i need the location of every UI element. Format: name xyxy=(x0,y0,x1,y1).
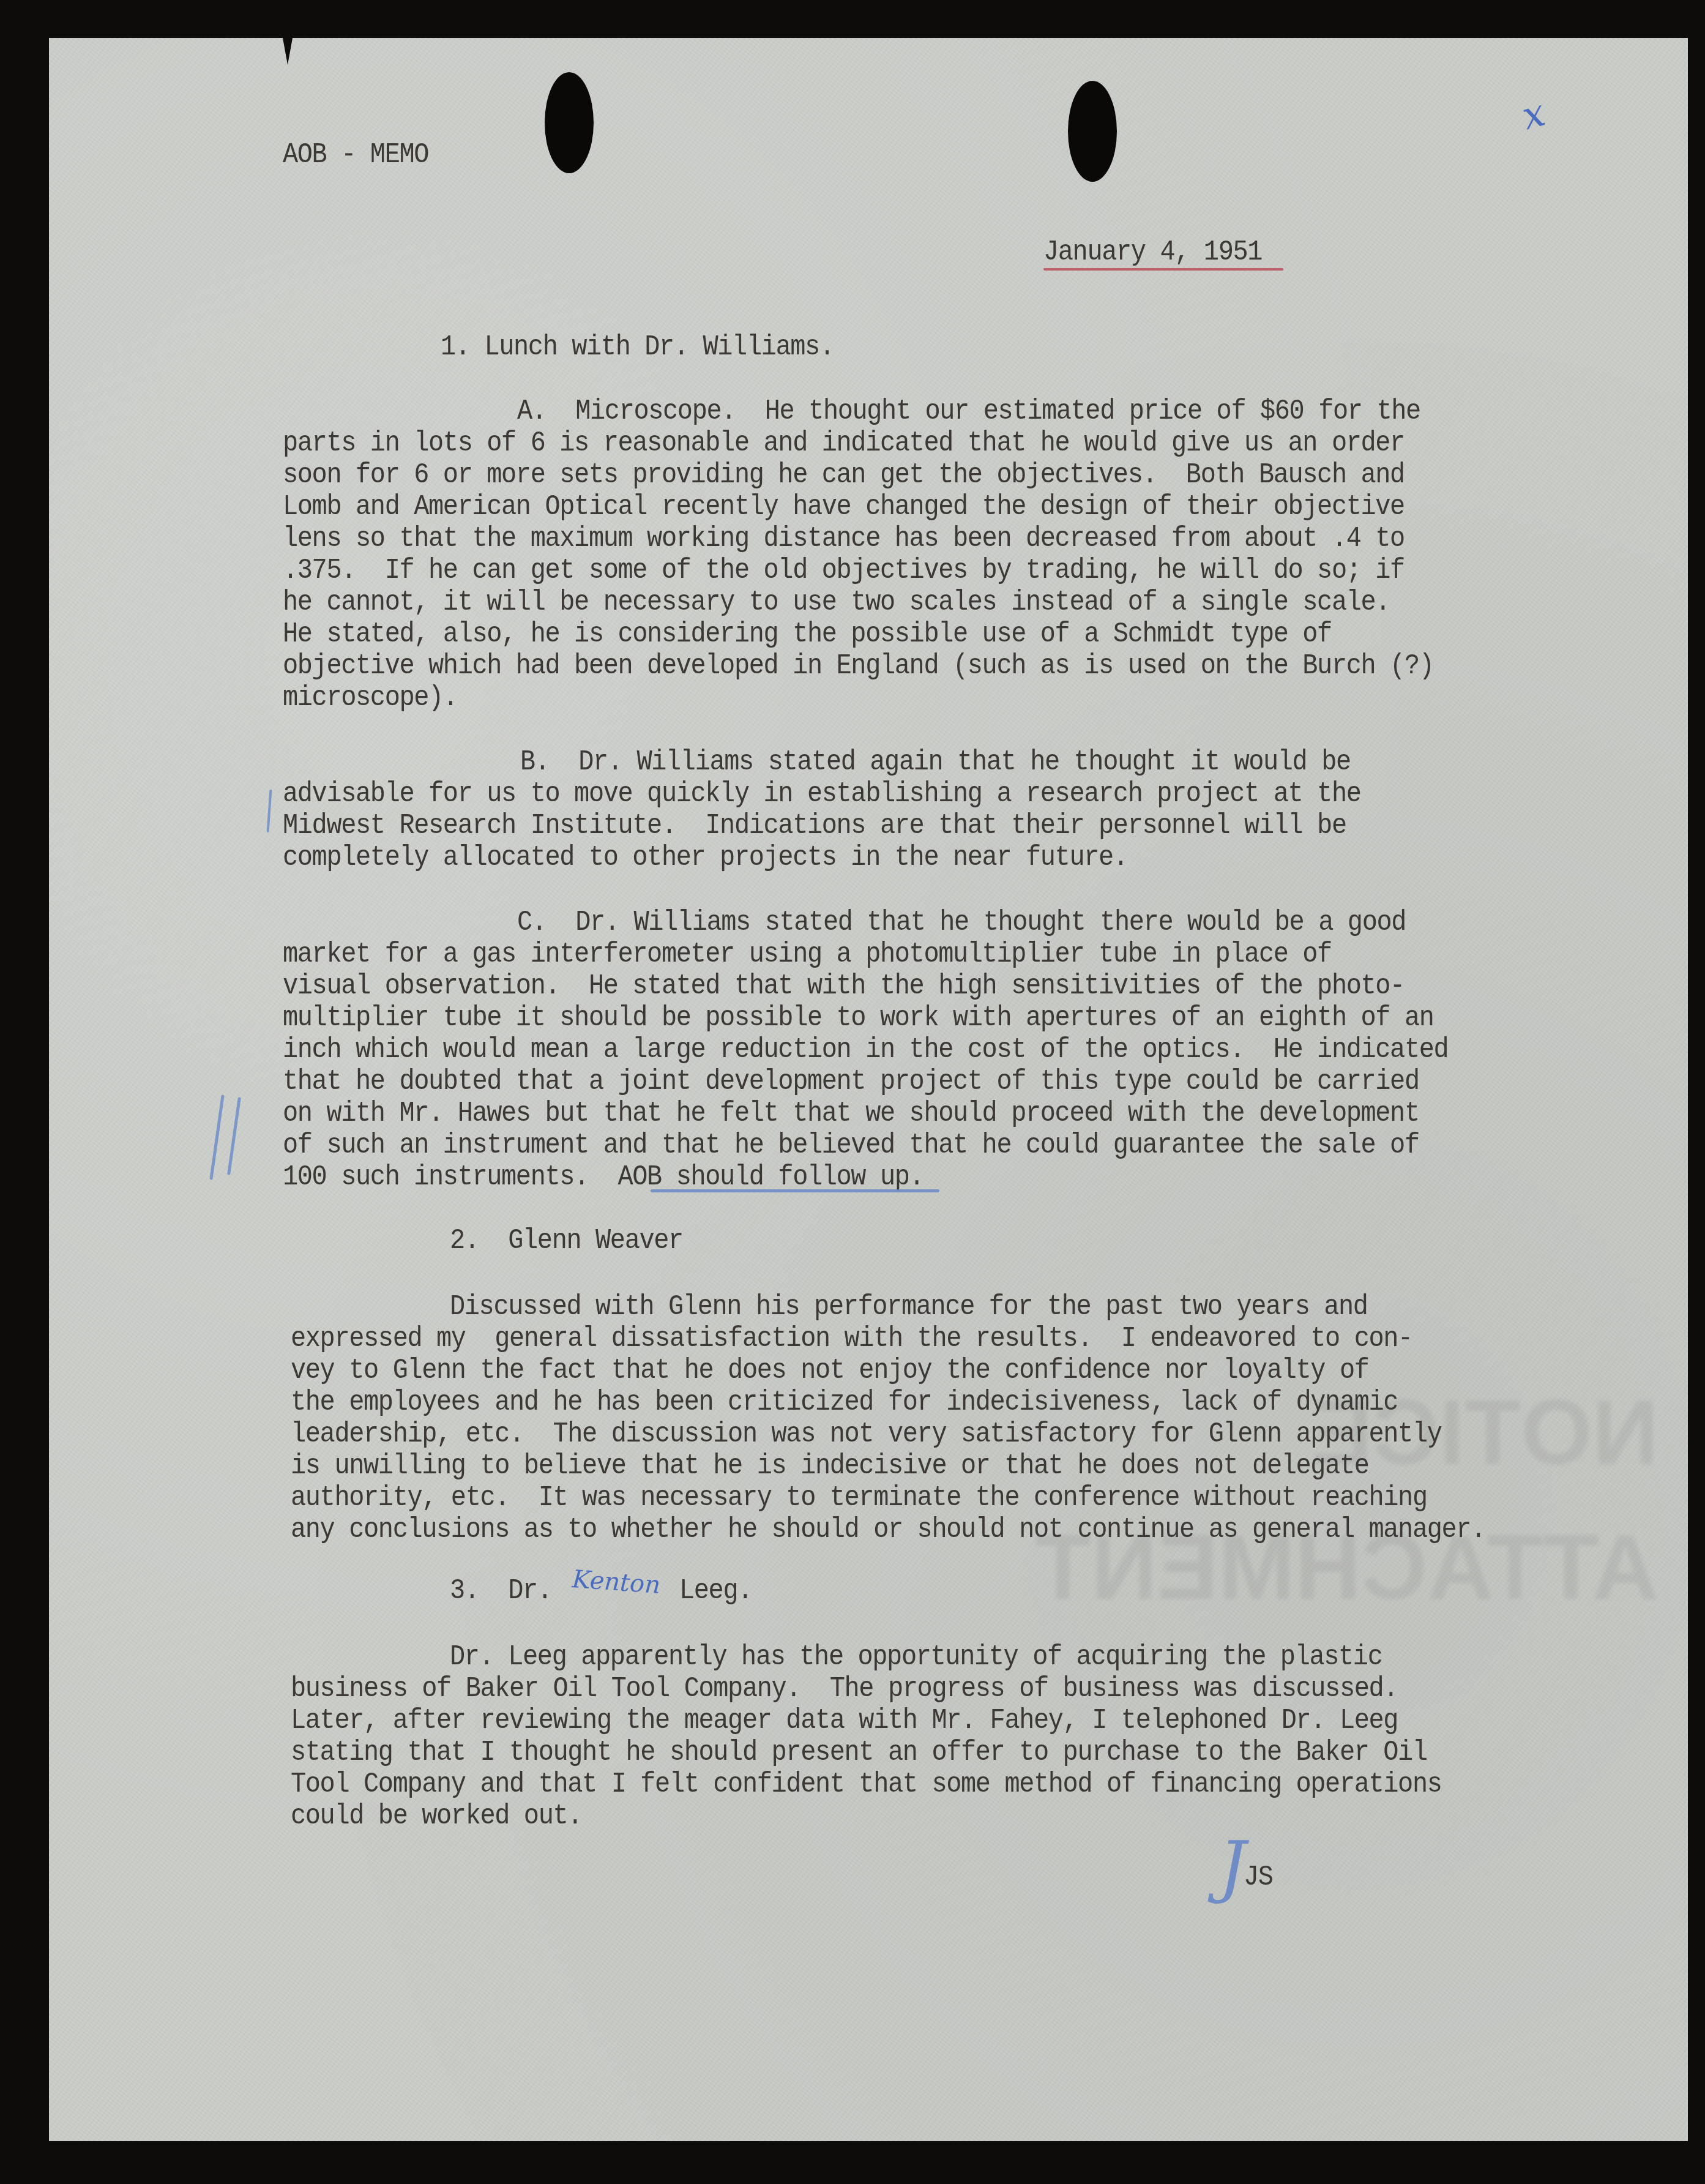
section-1-heading: 1. Lunch with Dr. Williams. xyxy=(441,331,834,364)
paper-tear-notch xyxy=(283,38,293,65)
text-line: on with Mr. Hawes but that he felt that … xyxy=(283,1097,1419,1130)
text-line: visual observation. He stated that with … xyxy=(283,970,1405,1003)
date-red-underline xyxy=(1043,268,1283,271)
text-line: business of Baker Oil Tool Company. The … xyxy=(291,1672,1398,1705)
text-line: he cannot, it will be necessary to use t… xyxy=(283,586,1390,619)
memo-date: January 4, 1951 xyxy=(1043,236,1262,269)
text-line: objective which had been developed in En… xyxy=(283,649,1434,682)
signature-initials: JS xyxy=(1244,1861,1273,1894)
text-line: Discussed with Glenn his performance for… xyxy=(450,1290,1368,1323)
text-line: B. Dr. Williams stated again that he tho… xyxy=(520,746,1351,779)
text-line: vey to Glenn the fact that he does not e… xyxy=(291,1354,1369,1387)
text-line: is unwilling to believe that he is indec… xyxy=(291,1449,1369,1483)
text-line: Later, after reviewing the meager data w… xyxy=(291,1704,1398,1737)
text-line: leadership, etc. The discussion was not … xyxy=(291,1418,1442,1451)
memo-header: AOB - MEMO xyxy=(283,138,428,171)
text-line: of such an instrument and that he believ… xyxy=(283,1129,1419,1162)
text-line: A. Microscope. He thought our estimated … xyxy=(517,395,1420,428)
followup-blue-underline xyxy=(651,1189,939,1192)
text-line: stating that I thought he should present… xyxy=(291,1736,1427,1769)
text-line: microscope). xyxy=(283,681,458,714)
text-line: Dr. Leeg apparently has the opportunity … xyxy=(450,1640,1382,1674)
text-line: that he doubted that a joint development… xyxy=(283,1065,1419,1098)
text-line: lens so that the maximum working distanc… xyxy=(283,522,1405,555)
text-line: multiplier tube it should be possible to… xyxy=(283,1001,1434,1034)
text-line: completely allocated to other projects i… xyxy=(283,841,1128,874)
heading-suffix: Leeg. xyxy=(679,1574,752,1607)
text-line: Midwest Research Institute. Indications … xyxy=(283,809,1346,842)
text-line: parts in lots of 6 is reasonable and ind… xyxy=(283,427,1405,460)
text-line: C. Dr. Williams stated that he thought t… xyxy=(517,906,1406,939)
punch-hole-right xyxy=(1068,81,1117,182)
text-line: Tool Company and that I felt confident t… xyxy=(291,1768,1442,1801)
section-2-heading: 2. Glenn Weaver xyxy=(450,1224,683,1257)
punch-hole-left xyxy=(545,72,594,173)
text-line: He stated, also, he is considering the p… xyxy=(283,618,1332,651)
text-line: any conclusions as to whether he should … xyxy=(291,1513,1485,1546)
text-line: the employees and he has been criticized… xyxy=(291,1386,1398,1419)
text-line: 100 such instruments. AOB should follow … xyxy=(283,1161,923,1194)
text-line: inch which would mean a large reduction … xyxy=(283,1033,1448,1066)
text-line: advisable for us to move quickly in esta… xyxy=(283,777,1361,810)
text-line: authority, etc. It was necessary to term… xyxy=(291,1481,1427,1514)
text-line: could be worked out. xyxy=(291,1800,582,1833)
text-line: expressed my general dissatisfaction wit… xyxy=(291,1322,1412,1355)
heading-prefix: 3. Dr. xyxy=(450,1574,552,1607)
text-line: .375. If he can get some of the old obje… xyxy=(283,554,1405,587)
text-line: Lomb and American Optical recently have … xyxy=(283,490,1405,523)
text-line: market for a gas interferometer using a … xyxy=(283,938,1332,971)
text-line: soon for 6 or more sets providing he can… xyxy=(283,458,1405,492)
handwritten-signature: J xyxy=(1219,1827,1246,1905)
